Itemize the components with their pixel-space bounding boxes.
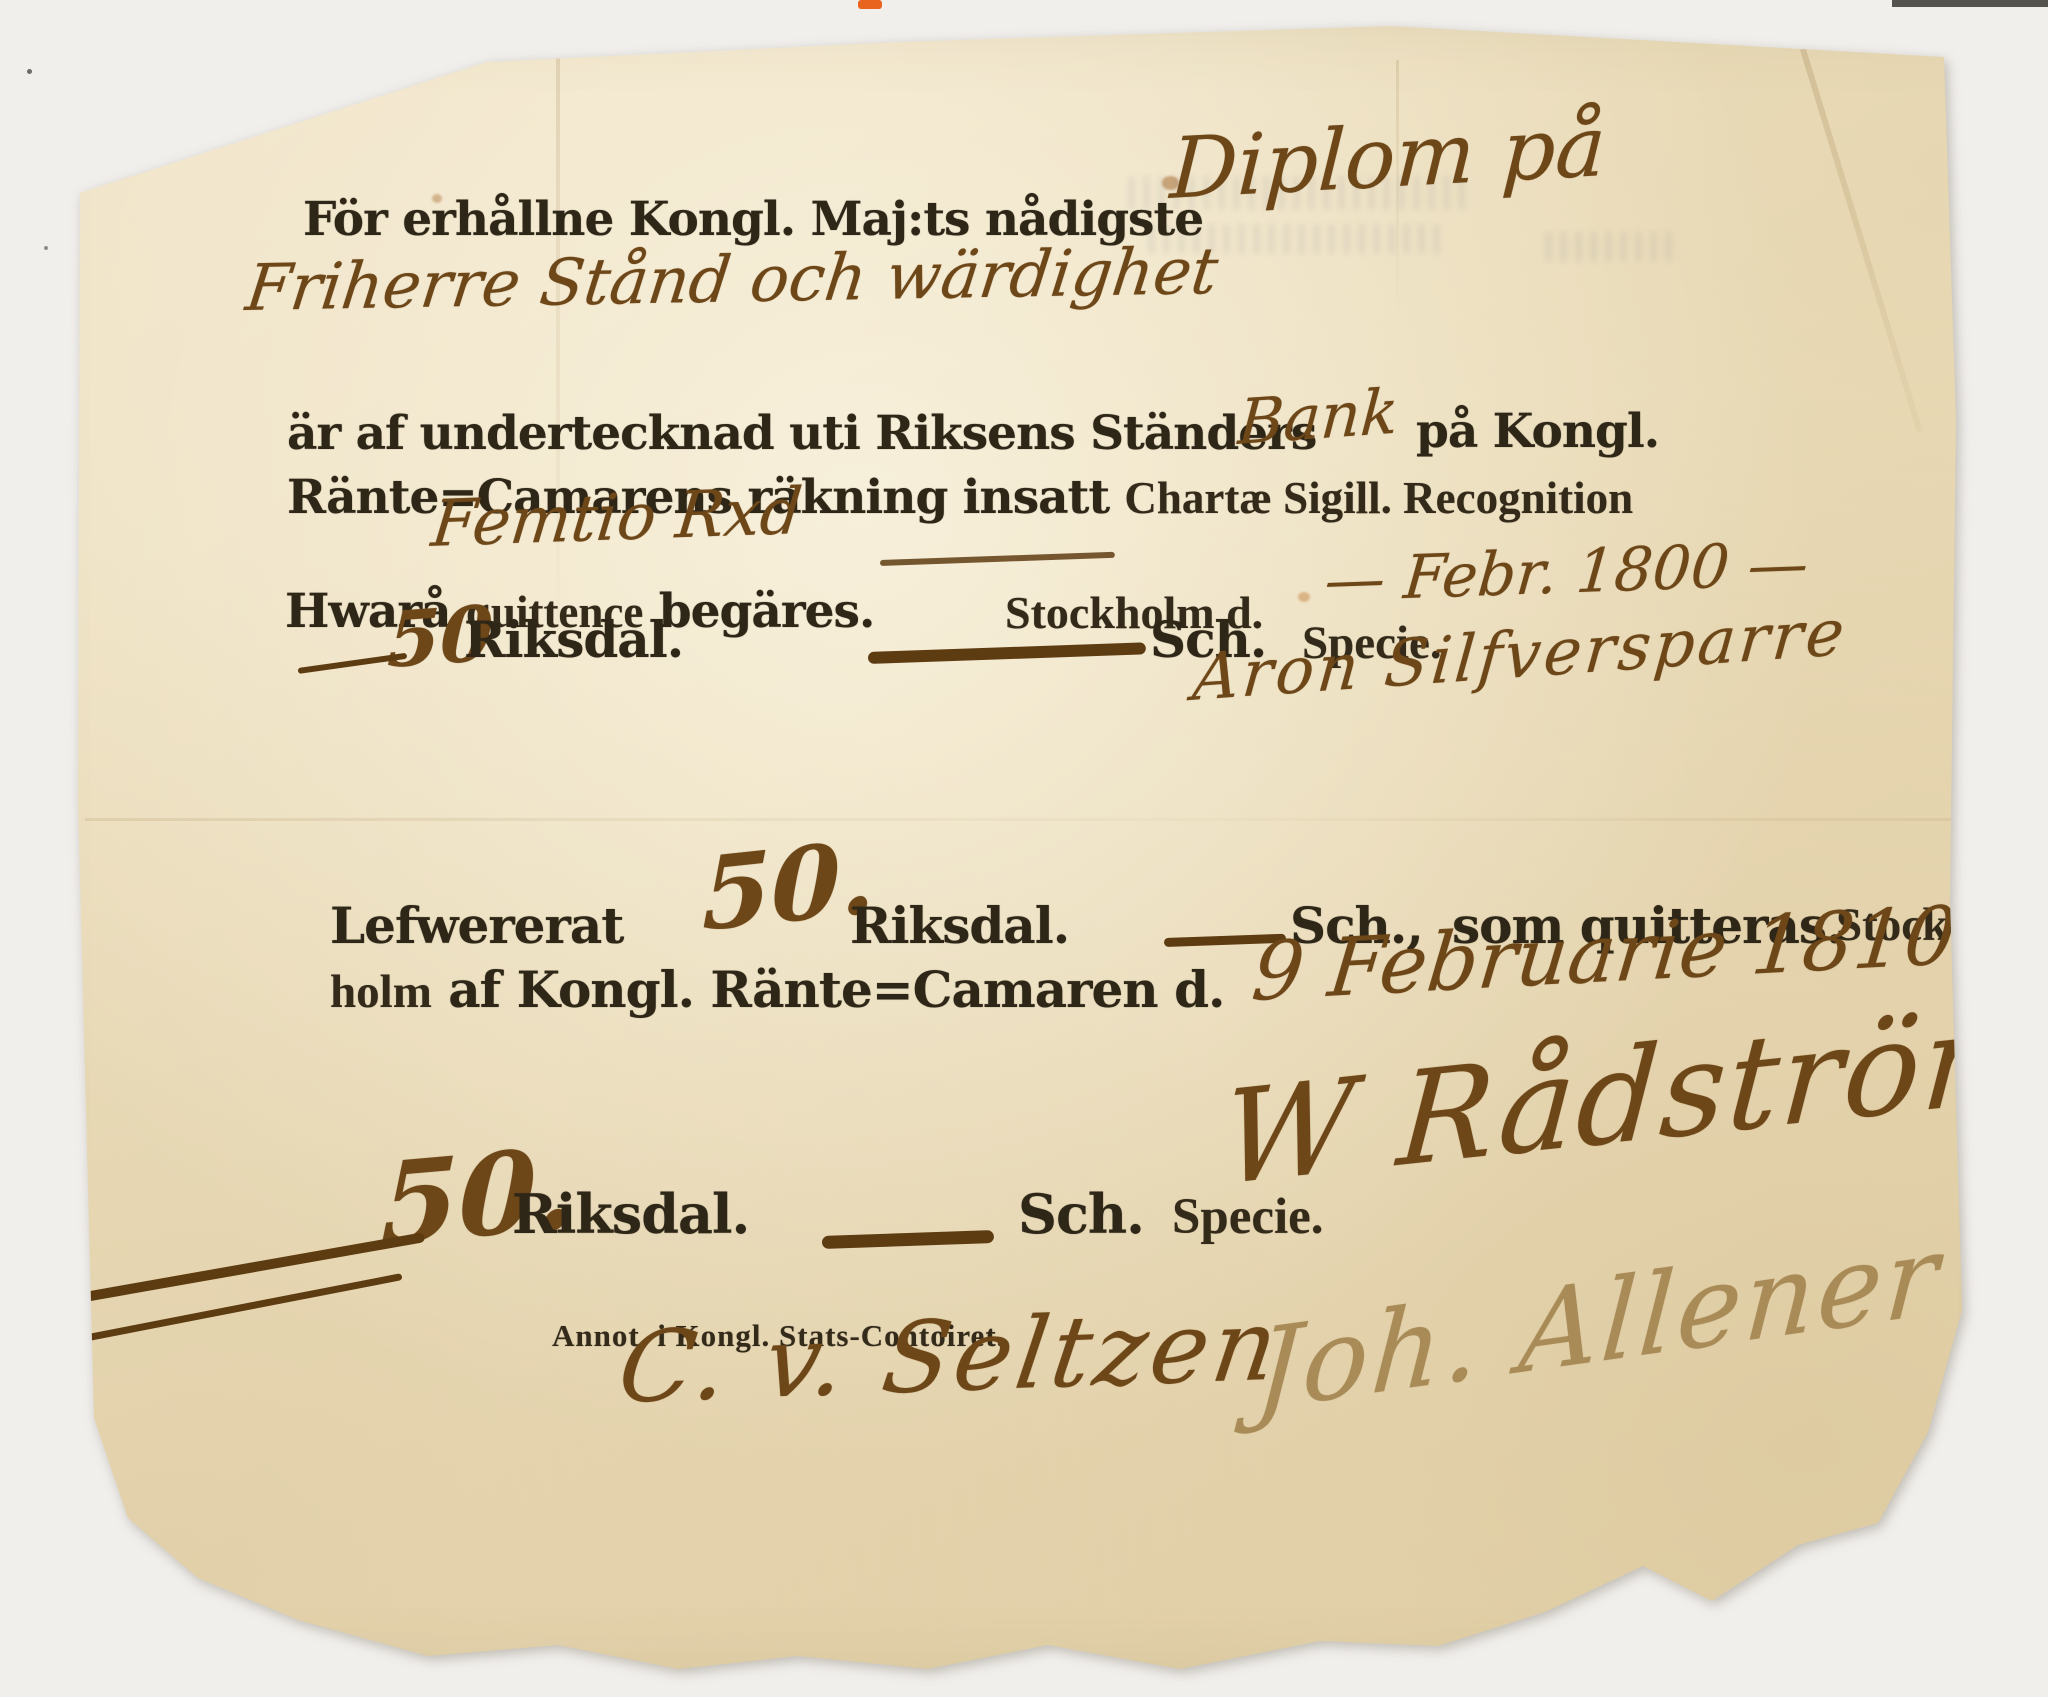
ink-stain [1298, 592, 1310, 602]
handwritten-dash [822, 1230, 994, 1249]
printed-af-kongl: af Kongl. Ränte=Camaren d. [432, 960, 1225, 1019]
printed-holm: holm [330, 966, 432, 1018]
printed-lefwererat: Lefwererat [330, 896, 623, 955]
printed-riksdal-top: Riksdal. [464, 610, 683, 669]
printed-sch-bottom: Sch. [1018, 1182, 1144, 1246]
signature-seltzen: C. v. Seltzen [612, 1288, 1288, 1426]
handwritten-diplom: Diplom på [1168, 97, 1608, 218]
showthrough-ghost-text [1545, 232, 1675, 262]
handwritten-dash [868, 642, 1146, 664]
fold-crease [1800, 48, 1923, 432]
receipt-paper: För erhållne Kongl. Maj:ts nådigste Dipl… [0, 0, 2048, 1697]
fold-crease [85, 818, 1965, 821]
fold-crease [556, 55, 560, 655]
signature-aron-silfversparre: Aron Silfversparre [1190, 596, 1850, 716]
handwritten-flourish-line [880, 552, 1115, 566]
scan-canvas: { "document_kind": "Swedish treasury dep… [0, 0, 2048, 1697]
receipt-paper-wrap: För erhållne Kongl. Maj:ts nådigste Dipl… [0, 0, 2048, 1697]
handwritten-friherre-line: Friherre Stånd och wärdighet [242, 235, 1222, 326]
printed-riksdal-bottom: Riksdal. [512, 1182, 749, 1246]
handwritten-bank: Bank [1236, 374, 1401, 459]
printed-line-3a: är af undertecknad uti Riksens Ständers [287, 406, 1316, 461]
handwritten-flourish-line [61, 1232, 425, 1306]
printed-line-3b: på Kongl. [1416, 404, 1659, 459]
printed-line-4-roman: Chartæ Sigill. Recognition [1124, 473, 1633, 523]
signature-allener: Joh. Allener [1252, 1209, 1945, 1436]
printed-holm-line: holm af Kongl. Ränte=Camaren d. [330, 960, 1224, 1019]
printed-specie-bottom: Specie. [1172, 1188, 1324, 1246]
printed-riksdal-middle: Riksdal. [850, 896, 1069, 955]
handwritten-amount-words: Femtio Rxd [428, 475, 805, 562]
